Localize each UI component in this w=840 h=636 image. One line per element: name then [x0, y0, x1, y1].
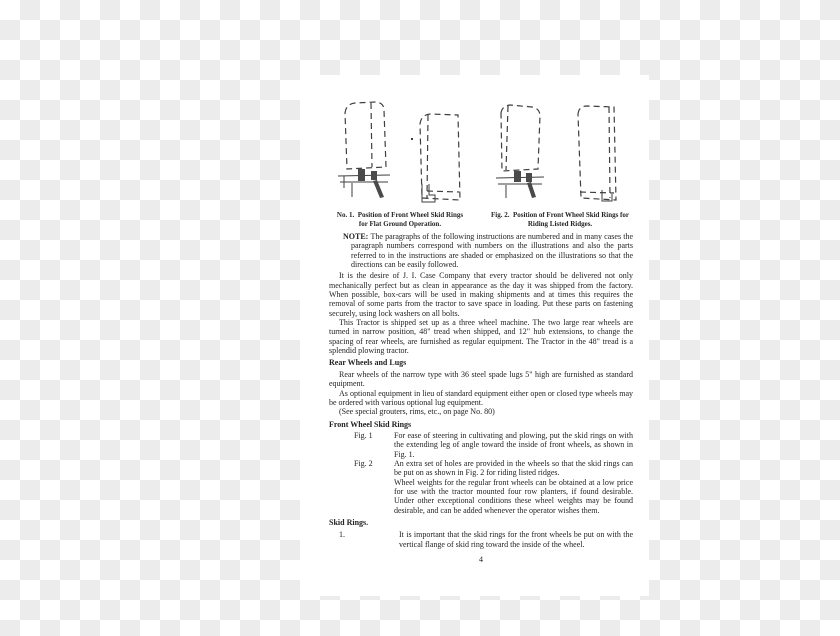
see-reference-note: (See special grouters, rims, etc., on pa… — [329, 407, 633, 416]
front-skid-item-fig2-text2: Wheel weights for the regular front whee… — [394, 478, 633, 515]
fig1-right-wheel-drawing — [417, 112, 463, 206]
front-skid-item-fig1-text: For ease of steering in cultivating and … — [394, 431, 633, 459]
figure2-caption-label: Fig. 2. — [491, 211, 509, 219]
front-skid-item-fig2-body: An extra set of holes are provided in th… — [394, 459, 633, 515]
front-skid-item-fig2: Fig. 2 An extra set of holes are provide… — [329, 459, 633, 515]
figure1-caption-label: No. 1. — [337, 211, 354, 219]
front-skid-item-fig1: Fig. 1 For ease of steering in cultivati… — [329, 431, 633, 459]
figure1-caption: No. 1. Position of Front Wheel Skid Ring… — [334, 211, 466, 228]
front-skid-item-fig2-text: An extra set of holes are provided in th… — [394, 459, 633, 478]
ink-speck — [411, 138, 413, 140]
body-text-column: NOTE: The paragraphs of the following in… — [329, 232, 633, 564]
front-skid-item-fig1-label: Fig. 1 — [354, 431, 394, 459]
note-label: NOTE: — [343, 232, 368, 241]
skid-rings-item-1: 1. It is important that the skid rings f… — [329, 530, 633, 549]
figure-illustrations: No. 1. Position of Front Wheel Skid Ring… — [300, 85, 649, 225]
paragraph-shipping: It is the desire of J. I. Case Company t… — [329, 271, 633, 318]
skid-rings-item-1-label: 1. — [339, 530, 399, 549]
fig1-hub-hatched-parts — [358, 169, 384, 198]
fig2-right-wheel-drawing — [576, 104, 618, 204]
note-paragraph: NOTE: The paragraphs of the following in… — [329, 232, 633, 269]
skid-rings-item-1-text: It is important that the skid rings for … — [399, 530, 633, 549]
fig2-left-wheel-drawing — [496, 103, 544, 201]
figure2-caption: Fig. 2. Position of Front Wheel Skid Rin… — [490, 211, 630, 228]
page-number: 4 — [329, 555, 633, 564]
front-skid-item-fig2-label: Fig. 2 — [354, 459, 394, 515]
rear-wheels-paragraph-1: Rear wheels of the narrow type with 36 s… — [329, 370, 633, 389]
figure2-caption-text: Position of Front Wheel Skid Rings for R… — [513, 211, 629, 228]
heading-skid-rings: Skid Rings. — [329, 518, 633, 527]
heading-rear-wheels-and-lugs: Rear Wheels and Lugs — [329, 358, 633, 367]
figure1-caption-text: Position of Front Wheel Skid Rings for F… — [358, 211, 463, 228]
heading-front-wheel-skid-rings: Front Wheel Skid Rings — [329, 420, 633, 429]
fig1-left-wheel-drawing — [338, 99, 390, 201]
note-text: The paragraphs of the following instruct… — [351, 232, 633, 269]
paragraph-three-wheel: This Tractor is shipped set up as a thre… — [329, 318, 633, 355]
transparent-canvas: { "colors": { "checker_dark": "#ececec",… — [0, 0, 840, 636]
manual-page: No. 1. Position of Front Wheel Skid Ring… — [300, 75, 649, 596]
rear-wheels-paragraph-2: As optional equipment in lieu of standar… — [329, 389, 633, 408]
